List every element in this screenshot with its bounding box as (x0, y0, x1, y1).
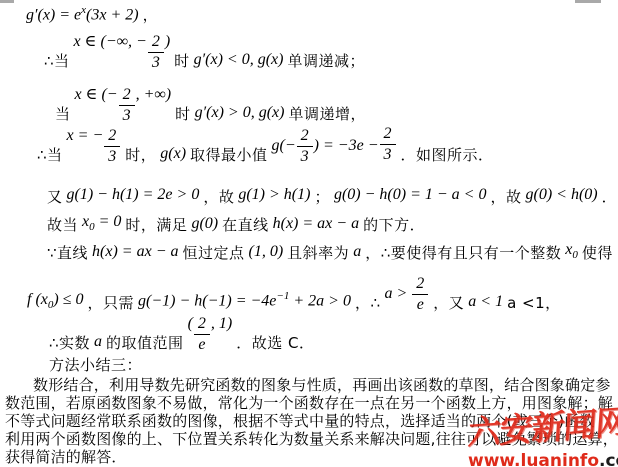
math-text: = 0 (95, 213, 122, 230)
cn-text: ，∴ (355, 294, 381, 313)
summary-paragraph-line-5: 获得简洁的解答． (5, 448, 127, 466)
numerator: 2 (119, 86, 135, 106)
denominator: 3 (108, 147, 116, 165)
math-text: (3x + 2) (86, 6, 139, 23)
math-expression: g(1) − h(1) = 2e > 0 (67, 186, 200, 204)
math-expression: h(x) = ax − a (92, 243, 178, 261)
solution-line-answer-range: ∴实数 a 的取值范围 ( 2e , 1) ．故选 C． (47, 315, 316, 353)
numerator: 2 (412, 275, 428, 295)
math-expression: a > 2e (384, 275, 429, 313)
denominator: e (198, 335, 205, 353)
math-expression: g(− 23 ) = −3e − 23 (272, 127, 397, 165)
math-expression: a (353, 243, 361, 261)
cn-text: ，故 (490, 188, 521, 207)
math-text: , +∞) (136, 86, 172, 104)
math-text: x ∈ (−∞, − (74, 33, 147, 51)
solution-line-inequality: f (x0) ≤ 0 ，只需 g(−1) − h(−1) = −4e−1 + 2… (25, 275, 563, 313)
math-expression: g(0) < h(0) (525, 186, 597, 204)
solution-line-compare-values: 又 g(1) − h(1) = 2e > 0 ，故 g(1) > h(1) ； … (45, 186, 618, 206)
solution-line-x0-zero: 故当 x0 = 0 时，满足 g(0) 在直线 h(x) = ax − a 的下… (45, 213, 427, 235)
fraction: 23 (297, 127, 313, 165)
math-expression: g′(x) > 0, g(x) (195, 104, 285, 122)
cn-text: 取得最小值 (190, 146, 268, 165)
cn-text: 时，满足 (125, 216, 187, 235)
cn-text: 且斜率为 (287, 244, 349, 263)
cn-text: a <1， (507, 294, 561, 313)
numerator: 2 (148, 33, 164, 53)
fraction: 23 (380, 125, 396, 163)
numerator: 2 (380, 125, 396, 145)
cn-text: ．如图所示． (401, 146, 494, 165)
math-text: ( (188, 315, 193, 333)
cn-text: 单调递减； (287, 52, 365, 71)
math-text: ) = −3e − (314, 137, 379, 155)
denominator: e (417, 295, 424, 313)
cn-text: ，∴要使得有且只有一个整数 (365, 244, 561, 263)
cn-text: ，故 (203, 188, 234, 207)
summary-paragraph-line-4: 利用两个函数图像的上、下位置关系转化为数量关系来解决问题,往往可以避免繁琐的运算… (5, 430, 618, 448)
math-expression: h(x) = ax − a (273, 215, 359, 233)
cn-text: ∴当 (37, 146, 63, 165)
math-expression: g′(x) = ex(3x + 2) (26, 5, 139, 25)
solution-line-derivative: g′(x) = ex(3x + 2) ， (24, 5, 160, 25)
cn-text: 使得 (582, 244, 613, 263)
numerator: 2 (194, 315, 210, 335)
math-expression: x0 = 0 (82, 213, 121, 233)
cn-text: 的下方． (363, 216, 425, 235)
cn-text: ， (143, 6, 159, 25)
math-expression: x0 (565, 241, 578, 261)
math-text: ) ≤ 0 (53, 291, 83, 308)
math-text: f (x (27, 291, 48, 308)
cn-text: ． (602, 188, 618, 207)
math-text: x = − (67, 127, 104, 145)
math-text: + 2a > 0 (289, 293, 351, 310)
summary-paragraph-line-2: 数范围，若原函数图象不易做，常化为一个函数存在一点在另一个函数上方，用图象解；解 (5, 394, 613, 412)
math-solution-document: g′(x) = ex(3x + 2) ， ∴当 x ∈ (−∞, − 23 ) … (0, 0, 618, 467)
math-expression: f (x0) ≤ 0 (27, 291, 83, 311)
top-right-gray-bar (575, 0, 601, 3)
numerator: 2 (297, 127, 313, 147)
summary-paragraph-line-3: 不等式问题经常联系函数的图像，根据不等式中量的特点，选择适当的两个(或三个)函数 (5, 412, 595, 430)
math-expression: g(0) (191, 215, 218, 233)
cn-text: 在直线 (222, 216, 269, 235)
math-text: a > (384, 285, 411, 303)
solution-line-fixed-point: ∵直线 h(x) = ax − a 恒过定点 (1, 0) 且斜率为 a ，∴要… (45, 241, 615, 263)
watermark-url: www.luaninfo.com (468, 451, 618, 467)
math-expression: x ∈ (−∞, − 23 ) (74, 33, 171, 71)
math-text: g′(x) = e (26, 6, 81, 23)
subscript: 0 (572, 249, 578, 261)
cn-text: ．故选 C． (236, 334, 314, 353)
denominator: 3 (301, 147, 309, 165)
method-summary-heading: 方法小结三： (47, 356, 144, 375)
cn-text: ； (314, 188, 330, 207)
math-text: g(−1) − h(−1) = −4e (138, 293, 276, 310)
superscript: −1 (276, 290, 289, 302)
cn-text: 单调递增， (288, 105, 366, 124)
math-expression: g(x) (160, 145, 186, 163)
watermark-url-com: .com (599, 451, 618, 467)
fraction: 2e (194, 315, 210, 353)
denominator: 3 (152, 53, 160, 71)
cn-text: ∵直线 (47, 244, 88, 263)
cn-text: ，又 (433, 294, 464, 313)
cn-text: 又 (47, 188, 63, 207)
cn-text: 当 (55, 105, 71, 124)
cn-text: 时 (174, 52, 190, 71)
fraction: 2e (412, 275, 428, 313)
cn-text: 方法小结三： (49, 356, 142, 375)
math-text: ) (165, 33, 170, 51)
solution-line-increasing-interval: 当 x ∈ (− 23 , +∞) 时 g′(x) > 0, g(x) 单调递增… (53, 86, 368, 124)
summary-paragraph-line-1: 数形结合，利用导数先研究函数的图象与性质，再画出该函数的草图，结合图象确定参 (33, 376, 611, 394)
cn-text: 时， (125, 146, 156, 165)
cn-text: 故当 (47, 216, 78, 235)
fraction: 23 (148, 33, 164, 71)
math-expression: g′(x) < 0, g(x) (194, 51, 284, 69)
solution-line-minimum: ∴当 x = − 23 时， g(x) 取得最小值 g(− 23 ) = −3e… (35, 127, 496, 165)
math-text: g(− (272, 137, 296, 155)
cn-text: ∴实数 (49, 334, 90, 353)
cn-text: ，只需 (87, 294, 134, 313)
cn-text: 恒过定点 (183, 244, 245, 263)
solution-line-decreasing-interval: ∴当 x ∈ (−∞, − 23 ) 时 g′(x) < 0, g(x) 单调递… (42, 33, 367, 71)
math-expression: (1, 0) (249, 243, 284, 261)
fraction: 23 (119, 86, 135, 124)
cn-text: ∴当 (44, 52, 70, 71)
cn-text: 的取值范围 (106, 334, 184, 353)
math-expression: a < 1 (468, 293, 503, 311)
math-expression: x ∈ (− 23 , +∞) (75, 86, 172, 124)
math-text: , 1) (211, 315, 232, 333)
top-left-gray-bar (0, 0, 14, 3)
fraction: 23 (104, 127, 120, 165)
math-expression: g(−1) − h(−1) = −4e−1 + 2a > 0 (138, 291, 351, 311)
math-expression: a (94, 333, 102, 351)
numerator: 2 (104, 127, 120, 147)
math-expression: x = − 23 (67, 127, 122, 165)
watermark-url-red: www.luaninfo (468, 451, 599, 467)
denominator: 3 (123, 106, 131, 124)
math-expression: ( 2e , 1) (188, 315, 233, 353)
denominator: 3 (384, 145, 392, 163)
math-text: x ∈ (− (75, 86, 118, 104)
math-expression: g(1) > h(1) (238, 186, 310, 204)
cn-text: 时 (175, 105, 191, 124)
math-expression: g(0) − h(0) = 1 − a < 0 (334, 186, 487, 204)
